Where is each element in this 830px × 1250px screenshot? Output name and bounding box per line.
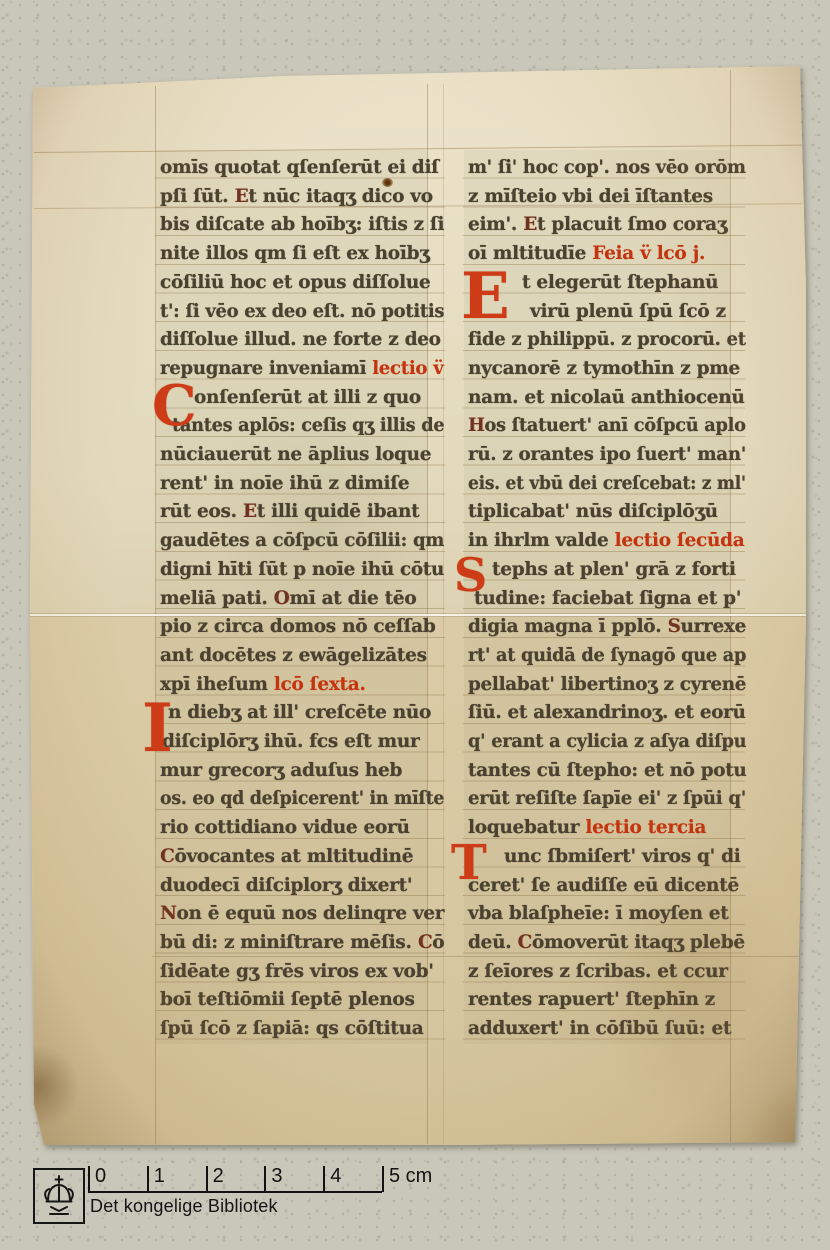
text-segment: n diebʒ at ill' creſcēte nūo [168,702,431,723]
manuscript-line: pellabat' libertinoʒ z cyrenē [468,671,744,700]
text-segment: urrexe [681,616,746,637]
red-touched-capital: E [235,186,249,207]
text-segment: rent' in noīe ihū z dimiſe [160,473,409,494]
manuscript-line: rio cottidiano vidue eorū [160,814,444,843]
text-segment: os ſtatuert' anī cōſpcū aplo [484,415,745,436]
parchment: omīs quotat qſenſerūt ei diſpſi ſūt. Et … [30,64,806,1152]
rubric: lectio v̈ [372,358,443,379]
text-segment: ſidēate gʒ frēs viros ex vob' [160,961,434,982]
manuscript-line: pſi ſūt. Et nūc itaqʒ dico vo [160,183,444,212]
manuscript-line: digia magna ī pplō. Surrexe [468,613,745,642]
manuscript-line: t': ſi vēo ex deo eſt. nō potitis [160,298,435,327]
manuscript-line: tiplicabat' nūs diſciplōʒū [468,498,746,527]
manuscript-line: tantes aplōs: ceſis qʒ illis de [172,412,433,441]
text-segment: rio cottidiano vidue eorū [160,817,410,838]
scale-label: 2 [213,1165,224,1188]
text-segment: ō [432,932,444,953]
text-segment: xpī iheſum [160,674,274,695]
digitized-manuscript-photo: omīs quotat qſenſerūt ei diſpſi ſūt. Et … [0,0,830,1250]
text-segment: t placuit ſmo coraʒ [537,214,727,235]
text-segment: z ſeīores z ſcribas. et ccur [468,961,728,982]
text-segment: eis. et vbū dei creſcebat: z ml' [468,473,746,494]
manuscript-line: onſenſerūt at illi z quo [194,384,444,413]
red-touched-capital: C [418,932,432,953]
scale-label: 1 [154,1165,165,1188]
text-segment: rentes rapuert' ſtephīn z [468,989,715,1010]
text-segment: on ē equū nos delinqre ver [177,903,445,924]
text-segment: nūciauerūt ne āplius loque [160,444,431,465]
scale-bar-line [88,1191,382,1193]
manuscript-line: oī mltitudīe Feia v̈ lcō j. [468,240,746,269]
manuscript-line: m' ſi' hoc cop'. nos vēo orōm [468,154,737,183]
text-segment: nam. et nicolaū anthiocenū [468,387,745,408]
scale-label: 0 [95,1165,106,1188]
text-segment: t illi quidē ibant [257,501,420,522]
text-segment: pſi ſūt. [160,186,235,207]
manuscript-line: z ſeīores z ſcribas. et ccur [468,958,746,987]
text-segment: duodecī diſciplorʒ dixert' [160,875,412,896]
manuscript-line: virū plenū ſpū ſcō z [530,298,746,327]
manuscript-line: in ihrlm valde lectio ſecūda [468,527,746,556]
manuscript-line: rūt eos. Et illi quidē ibant [160,498,444,527]
manuscript-line: tantes cū ſtepho: et nō potu [468,757,744,786]
manuscript-line: loquebatur lectio tercia [468,814,746,843]
manuscript-line: nite illos qm ſi eſt ex hoībʒ [160,240,444,269]
manuscript-line: ceret' ſe audiſſe eū dicentē [468,872,746,901]
text-segment: q' erant a cylicia z aſya diſpu [468,731,746,752]
manuscript-leaf: omīs quotat qſenſerūt ei diſpſi ſūt. Et … [30,64,806,1152]
red-touched-capital: C [160,846,174,867]
text-segment: t elegerūt ſtephanū [522,272,718,293]
red-touched-capital: C [518,932,532,953]
manuscript-line: ſpū ſcō z ſapiā: qs cōſtitua [160,1015,444,1044]
manuscript-line: diſciplōrʒ ihū. fcs eſt mur [162,728,444,757]
manuscript-line: n diebʒ at ill' creſcēte nūo [168,699,444,728]
manuscript-line: eim'. Et placuit ſmo coraʒ [468,211,746,240]
red-touched-capital: S [668,616,681,637]
text-segment: ōvocantes at mltitudinē [174,846,413,867]
manuscript-line: rū. z orantes ipo ſuert' man' [468,441,742,470]
text-segment: rūt eos. [160,501,243,522]
text-segment: diſciplōrʒ ihū. fcs eſt mur [162,731,420,752]
ruling-line [155,86,156,1144]
text-segment: repugnare inveniamī [160,358,372,379]
text-segment: t': ſi vēo ex deo eſt. nō potitis [160,301,444,322]
text-segment: mī at die tēo [289,588,416,609]
text-segment: tudine: faciebat ſigna et p' [474,588,741,609]
manuscript-line: cōſiliū hoc et opus diſſolue [160,269,444,298]
text-segment: omīs quotat qſenſerūt ei diſ [160,157,439,178]
royal-library-logo [33,1168,85,1224]
text-segment: digni hīti ſūt p noīe ihū cōtu [160,559,444,580]
text-segment: boī teſtiōmii ſeptē plenos [160,989,415,1010]
library-name: Det kongelige Bibliotek [90,1196,278,1217]
manuscript-line: tephs at plen' grā z forti [492,556,746,585]
text-segment: os. eo qd deſpicerent' in mīſte [160,788,444,809]
red-touched-capital: E [523,214,537,235]
manuscript-line: tudine: faciebat ſigna et p' [474,585,746,614]
ruling-line [34,145,802,153]
illuminated-initial: E [461,267,510,328]
red-touched-capital: E [243,501,257,522]
text-segment: bis diſcate ab hoībʒ: iſtis z ſi [160,214,444,235]
manuscript-line: bū di: z miniſtrare mēſis. Cō [160,929,444,958]
manuscript-line: fide z philippū. z procorū. et [468,326,738,355]
text-segment: t nūc itaqʒ dico vo [248,186,432,207]
text-segment: mur grecorʒ aduſus heb [160,760,402,781]
manuscript-line: xpī iheſum lcō ſexta. [160,671,444,700]
text-segment: pellabat' libertinoʒ z cyrenē [468,674,746,695]
manuscript-line: bis diſcate ab hoībʒ: iſtis z ſi [160,211,443,240]
manuscript-line: duodecī diſciplorʒ dixert' [160,872,444,901]
text-segment: ant docētes z ewāgelizātes [160,645,427,666]
text-segment: nycanorē z tymothīn z pme [468,358,740,379]
text-segment: ſpū ſcō z ſapiā: qs cōſtitua [160,1018,423,1039]
manuscript-line: t elegerūt ſtephanū [522,269,746,298]
scale-label: 4 [330,1165,341,1188]
text-segment: oī mltitudīe [468,243,592,264]
manuscript-line: pio z circa domos nō ceſſab [160,613,444,642]
rubric: Feia v̈ lcō j. [592,243,705,264]
manuscript-line: z mīſteio vbi dei īſtantes [468,183,746,212]
red-touched-capital: H [468,415,484,436]
text-segment: onſenſerūt at illi z quo [194,387,421,408]
red-touched-capital: O [274,588,290,609]
text-segment: ceret' ſe audiſſe eū dicentē [468,875,739,896]
manuscript-line: os. eo qd deſpicerent' in mīſte [160,785,427,814]
text-segment: ōmoverūt itaqʒ plebē [532,932,745,953]
manuscript-line: meliā pati. Omī at die tēo [160,585,444,614]
manuscript-line: diſſolue illud. ne forte z deo [160,326,444,355]
rubric: lectio ſecūda [615,530,745,551]
text-segment: ſiū. et alexandrinoʒ. et eorū [468,702,746,723]
manuscript-line: eis. et vbū dei creſcebat: z ml' [468,470,725,499]
text-segment: tantes aplōs: ceſis qʒ illis de [172,415,444,436]
text-segment: m' ſi' hoc cop'. nos vēo orōm [468,157,746,178]
text-segment: gaudētes a cōſpcū cōſilii: qm [160,530,444,551]
scale-tick [264,1166,266,1192]
text-segment: meliā pati. [160,588,274,609]
manuscript-line: deū. Cōmoverūt itaqʒ plebē [468,929,746,958]
text-segment: deū. [468,932,518,953]
scale-tick [323,1166,325,1192]
manuscript-line: rt' at quidā de ſynagō que ap [468,642,735,671]
text-segment: adduxert' in cōſibū ſuū: et [468,1018,731,1039]
scale-tick [206,1166,208,1192]
text-segment: diſſolue illud. ne forte z deo [160,329,441,350]
rubric: lectio tercia [585,817,706,838]
scale-label: 5 cm [389,1165,432,1188]
text-segment: bū di: z miniſtrare mēſis. [160,932,418,953]
text-segment: rt' at quidā de ſynagō que ap [468,645,746,666]
manuscript-line: rentes rapuert' ſtephīn z [468,986,746,1015]
manuscript-line: gaudētes a cōſpcū cōſilii: qm [160,527,437,556]
text-segment: pio z circa domos nō ceſſab [160,616,435,637]
manuscript-line: adduxert' in cōſibū ſuū: et [468,1015,746,1044]
manuscript-line: nūciauerūt ne āplius loque [160,441,444,470]
manuscript-line: vba blaſpheīe: ī moyſen et [468,900,746,929]
manuscript-line: digni hīti ſūt p noīe ihū cōtu [160,556,442,585]
manuscript-line: Cōvocantes at mltitudinē [160,843,444,872]
scale-tick [382,1166,384,1192]
text-segment: eim'. [468,214,523,235]
manuscript-line: ſiū. et alexandrinoʒ. et eorū [468,699,744,728]
scale-label: 3 [271,1165,282,1188]
manuscript-line: mur grecorʒ aduſus heb [160,757,444,786]
text-segment: virū plenū ſpū ſcō z [530,301,726,322]
text-segment: erūt reſiſte ſapīe ei' z ſpūi q' [468,788,746,809]
manuscript-line: Hos ſtatuert' anī cōſpcū aplo [468,412,735,441]
red-touched-capital: N [160,903,177,924]
manuscript-line: boī teſtiōmii ſeptē plenos [160,986,444,1015]
text-segment: cōſiliū hoc et opus diſſolue [160,272,430,293]
manuscript-line: omīs quotat qſenſerūt ei diſ [160,154,444,183]
text-segment: rū. z orantes ipo ſuert' man' [468,444,746,465]
text-segment: in ihrlm valde [468,530,615,551]
manuscript-line: q' erant a cylicia z aſya diſpu [468,728,735,757]
scale-tick [88,1166,90,1192]
manuscript-line: ant docētes z ewāgelizātes [160,642,444,671]
manuscript-line: nycanorē z tymothīn z pme [468,355,746,384]
manuscript-line: repugnare inveniamī lectio v̈ [160,355,438,384]
text-segment: fide z philippū. z procorū. et [468,329,746,350]
manuscript-line: ſidēate gʒ frēs viros ex vob' [160,958,444,987]
text-segment: tiplicabat' nūs diſciplōʒū [468,501,718,522]
text-segment: z mīſteio vbi dei īſtantes [468,186,713,207]
royal-crown-icon [39,1174,79,1218]
manuscript-line: nam. et nicolaū anthiocenū [468,384,746,413]
text-segment: unc ſbmiſert' viros q' di [504,846,740,867]
text-segment: vba blaſpheīe: ī moyſen et [468,903,729,924]
scale-tick [147,1166,149,1192]
text-segment: tantes cū ſtepho: et nō potu [468,760,746,781]
text-segment: tephs at plen' grā z forti [492,559,736,580]
text-segment: nite illos qm ſi eſt ex hoībʒ [160,243,429,264]
manuscript-line: erūt reſiſte ſapīe ei' z ſpūi q' [468,785,740,814]
text-segment: loquebatur [468,817,585,838]
manuscript-line: rent' in noīe ihū z dimiſe [160,470,444,499]
rubric: lcō ſexta. [274,674,366,695]
manuscript-line: unc ſbmiſert' viros q' di [504,843,746,872]
text-segment: digia magna ī pplō. [468,616,668,637]
manuscript-line: Non ē equū nos delinqre ver [160,900,443,929]
